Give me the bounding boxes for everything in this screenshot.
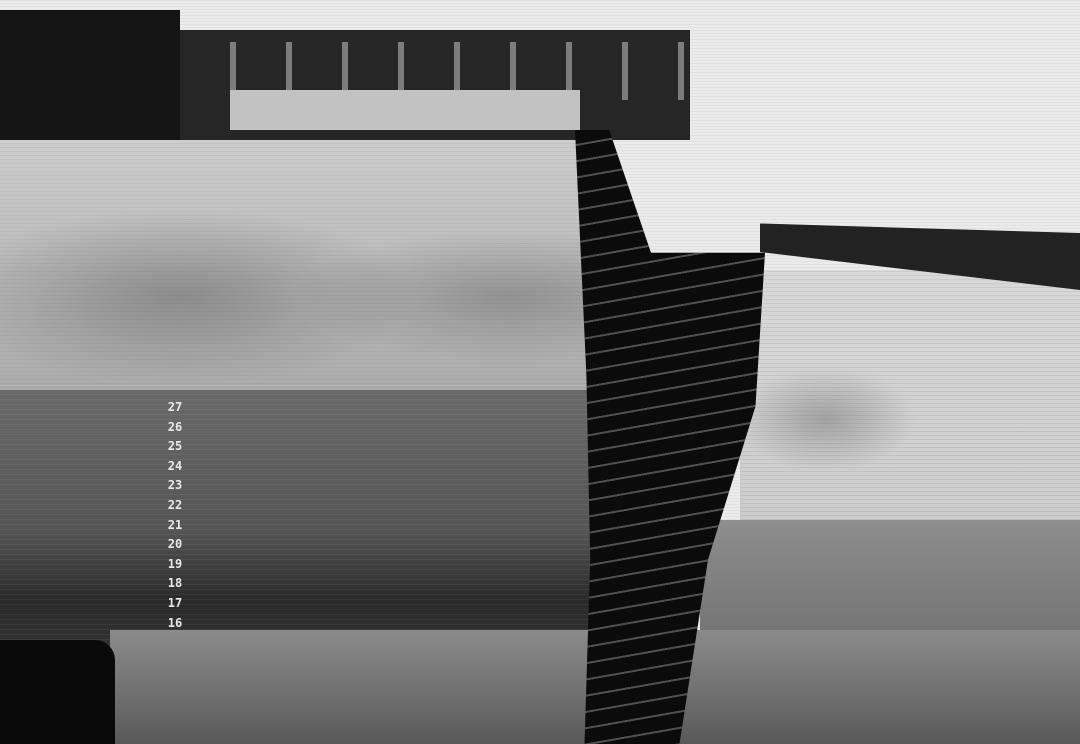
draft-mark: 20 [168, 535, 182, 555]
hull-left-upper [0, 140, 600, 400]
draft-mark: 25 [168, 437, 182, 457]
hull-left-lower [0, 390, 600, 670]
draft-mark: 19 [168, 555, 182, 575]
draft-mark: 22 [168, 496, 182, 516]
draft-mark: 18 [168, 574, 182, 594]
draft-mark: 26 [168, 418, 182, 438]
draft-mark: 23 [168, 476, 182, 496]
draft-mark: 16 [168, 614, 182, 634]
hull-right-upper [740, 270, 1080, 540]
dark-foreground-object [0, 640, 115, 744]
deck-floor [230, 90, 580, 130]
ship-photograph: 27 26 25 24 23 22 21 20 19 18 17 16 [0, 0, 1080, 744]
draft-mark: 21 [168, 516, 182, 536]
draft-marks: 27 26 25 24 23 22 21 20 19 18 17 16 [150, 398, 200, 633]
draft-mark: 27 [168, 398, 182, 418]
draft-mark: 17 [168, 594, 182, 614]
draft-mark: 24 [168, 457, 182, 477]
